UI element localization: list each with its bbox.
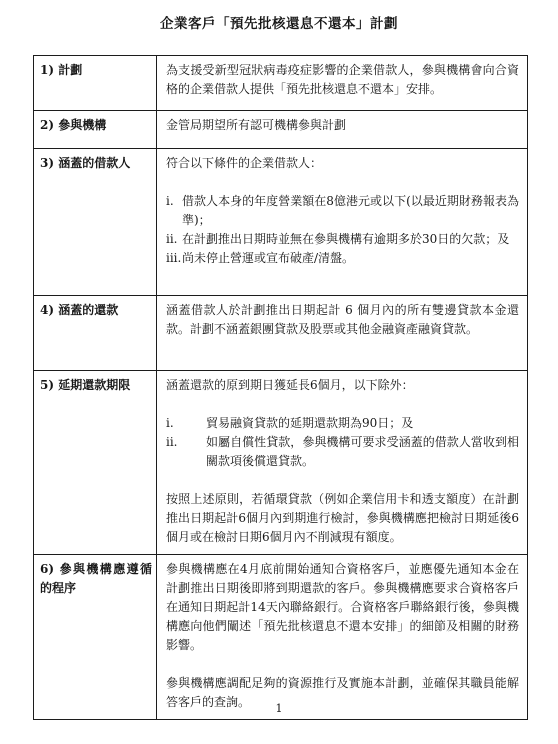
row-label: 1) 計劃 [34,56,157,111]
row-content: 參與機構應在4月底前開始通知合資格客戶，並應優先通知本金在計劃推出日期後即將到期… [157,555,528,720]
paragraph: 為支援受新型冠狀病毒疫症影響的企業借款人，參與機構會向合資格的企業借款人提供「預… [166,61,519,99]
paragraph: 金管局期望所有認可機構參與計劃 [166,116,519,135]
table-row-covered-repayments: 4) 涵蓋的還款 涵蓋借款人於計劃推出日期起計 6 個月內的所有雙邊貸款本金還款… [34,296,528,371]
paragraph: 符合以下條件的企業借款人： [166,154,519,173]
page-number: 1 [0,702,558,715]
list-marker: ii. [166,230,182,249]
document-page: 企業客戶「預先批核還息不還本」計劃 1) 計劃 為支援受新型冠狀病毒疫症影響的企… [0,0,558,744]
paragraph: 涵蓋還款的原到期日獲延長6個月，以下除外： [166,376,519,395]
scheme-table: 1) 計劃 為支援受新型冠狀病毒疫症影響的企業借款人，參與機構會向合資格的企業借… [33,55,528,720]
table-row-covered-borrowers: 3) 涵蓋的借款人 符合以下條件的企業借款人： i. 借款人本身的年度營業額在8… [34,149,528,296]
row-content: 為支援受新型冠狀病毒疫症影響的企業借款人，參與機構會向合資格的企業借款人提供「預… [157,56,528,111]
row-content: 金管局期望所有認可機構參與計劃 [157,111,528,149]
list-marker: iii. [166,249,182,268]
row-content: 涵蓋還款的原到期日獲延長6個月，以下除外： i. 貿易融資貸款的延期還款期為90… [157,371,528,555]
list-item: iii. 尚未停止營運或宣布破產/清盤。 [166,249,519,268]
list-item-text: 借款人本身的年度營業額在8億港元或以下(以最近期財務報表為準)； [182,192,519,230]
exceptions-list: i. 貿易融資貸款的延期還款期為90日；及 ii. 如屬自償性貸款，參與機構可要… [166,414,519,471]
paragraph: 參與機構應在4月底前開始通知合資格客戶，並應優先通知本金在計劃推出日期後即將到期… [166,560,519,655]
page-title: 企業客戶「預先批核還息不還本」計劃 [0,12,558,32]
list-item-text: 尚未停止營運或宣布破產/清盤。 [182,249,519,268]
row-label: 6) 參與機構應遵循的程序 [34,555,157,720]
list-marker: i. [166,414,206,433]
row-label: 5) 延期還款期限 [34,371,157,555]
row-label: 4) 涵蓋的還款 [34,296,157,371]
paragraph: 涵蓋借款人於計劃推出日期起計 6 個月內的所有雙邊貸款本金還款。計劃不涵蓋銀團貸… [166,301,519,339]
list-item-text: 如屬自償性貸款，參與機構可要求受涵蓋的借款人當收到相關款項後償還貸款。 [206,433,519,471]
list-item: i. 貿易融資貸款的延期還款期為90日；及 [166,414,519,433]
list-item: ii. 如屬自償性貸款，參與機構可要求受涵蓋的借款人當收到相關款項後償還貸款。 [166,433,519,471]
list-item-text: 貿易融資貸款的延期還款期為90日；及 [206,414,519,433]
paragraph: 按照上述原則，若循環貸款（例如企業信用卡和透支額度）在計劃推出日期起計6個月內到… [166,490,519,547]
row-content: 符合以下條件的企業借款人： i. 借款人本身的年度營業額在8億港元或以下(以最近… [157,149,528,296]
list-item: ii. 在計劃推出日期時並無在參與機構有逾期多於30日的欠款；及 [166,230,519,249]
list-item: i. 借款人本身的年度營業額在8億港元或以下(以最近期財務報表為準)； [166,192,519,230]
list-item-text: 在計劃推出日期時並無在參與機構有逾期多於30日的欠款；及 [182,230,519,249]
conditions-list: i. 借款人本身的年度營業額在8億港元或以下(以最近期財務報表為準)； ii. … [166,192,519,268]
table-row-deferment-period: 5) 延期還款期限 涵蓋還款的原到期日獲延長6個月，以下除外： i. 貿易融資貸… [34,371,528,555]
row-content: 涵蓋借款人於計劃推出日期起計 6 個月內的所有雙邊貸款本金還款。計劃不涵蓋銀團貸… [157,296,528,371]
list-marker: ii. [166,433,206,471]
table-row-participating-institutions: 2) 參與機構 金管局期望所有認可機構參與計劃 [34,111,528,149]
table-row-plan: 1) 計劃 為支援受新型冠狀病毒疫症影響的企業借款人，參與機構會向合資格的企業借… [34,56,528,111]
row-label: 3) 涵蓋的借款人 [34,149,157,296]
row-label: 2) 參與機構 [34,111,157,149]
list-marker: i. [166,192,182,230]
table-row-procedures: 6) 參與機構應遵循的程序 參與機構應在4月底前開始通知合資格客戶，並應優先通知… [34,555,528,720]
